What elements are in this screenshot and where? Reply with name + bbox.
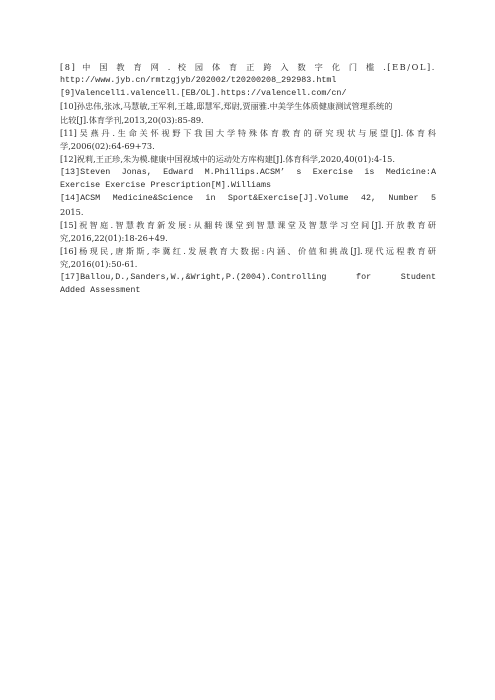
reference-17-line-2: Added Assessment (60, 284, 436, 297)
reference-16-line-1: [16]杨现民,唐斯斯,李冀红.发展教育大数据:内涵、价值和挑战[J].现代远程… (60, 245, 436, 258)
reference-17-line-1: [17]Ballou,D.,Sanders,W.,&Wright,P.(2004… (60, 271, 436, 284)
reference-12-line-1: [12]祝莉,王正珍,朱为模.健康中国视域中的运动处方库构建[J].体育科学,2… (60, 153, 436, 166)
reference-10-line-1: [10]孙忠伟,张冰,马慧敏,王军利,王雄,邸慧军,郑尉,贾丽雅.中美学生体质健… (60, 100, 436, 113)
reference-11-line-2: 学,2006(02):64-69+73. (60, 140, 436, 153)
reference-8-line-1: [8] 中 国 教 育 网 . 校 园 体 育 正 跨 入 数 字 化 门 槛 … (60, 61, 436, 74)
reference-13-line-2: Exercise Exercise Prescription[M].Willia… (60, 179, 436, 192)
reference-list: [8] 中 国 教 育 网 . 校 园 体 育 正 跨 入 数 字 化 门 槛 … (60, 61, 436, 298)
reference-14-line-2: 2015. (60, 206, 436, 219)
reference-16-line-2: 究,2016(01):50-61. (60, 258, 436, 271)
reference-15-line-2: 究,2016,22(01):18-26+49. (60, 232, 436, 245)
reference-11-line-1: [11]吴燕丹.生命关怀视野下我国大学特殊体育教育的研究现状与展望[J].体育科 (60, 127, 436, 140)
reference-15-line-1: [15]祝智庭.智慧教育新发展:从翻转课堂到智慧课堂及智慧学习空间[J].开放教… (60, 219, 436, 232)
reference-9-line-1: [9]Valencell1.valencell.[EB/OL].https://… (60, 87, 436, 100)
reference-14-line-1: [14]ACSM Medicine&Science in Sport&Exerc… (60, 192, 436, 205)
reference-13-line-1: [13]Steven Jonas, Edward M.Phillips.ACSM… (60, 166, 436, 179)
reference-10-line-2: 比较[J].体育学刊,2013,20(03):85-89. (60, 114, 436, 127)
reference-8-line-2: http://www.jyb.cn/rmtzgjyb/202002/t20200… (60, 74, 436, 87)
